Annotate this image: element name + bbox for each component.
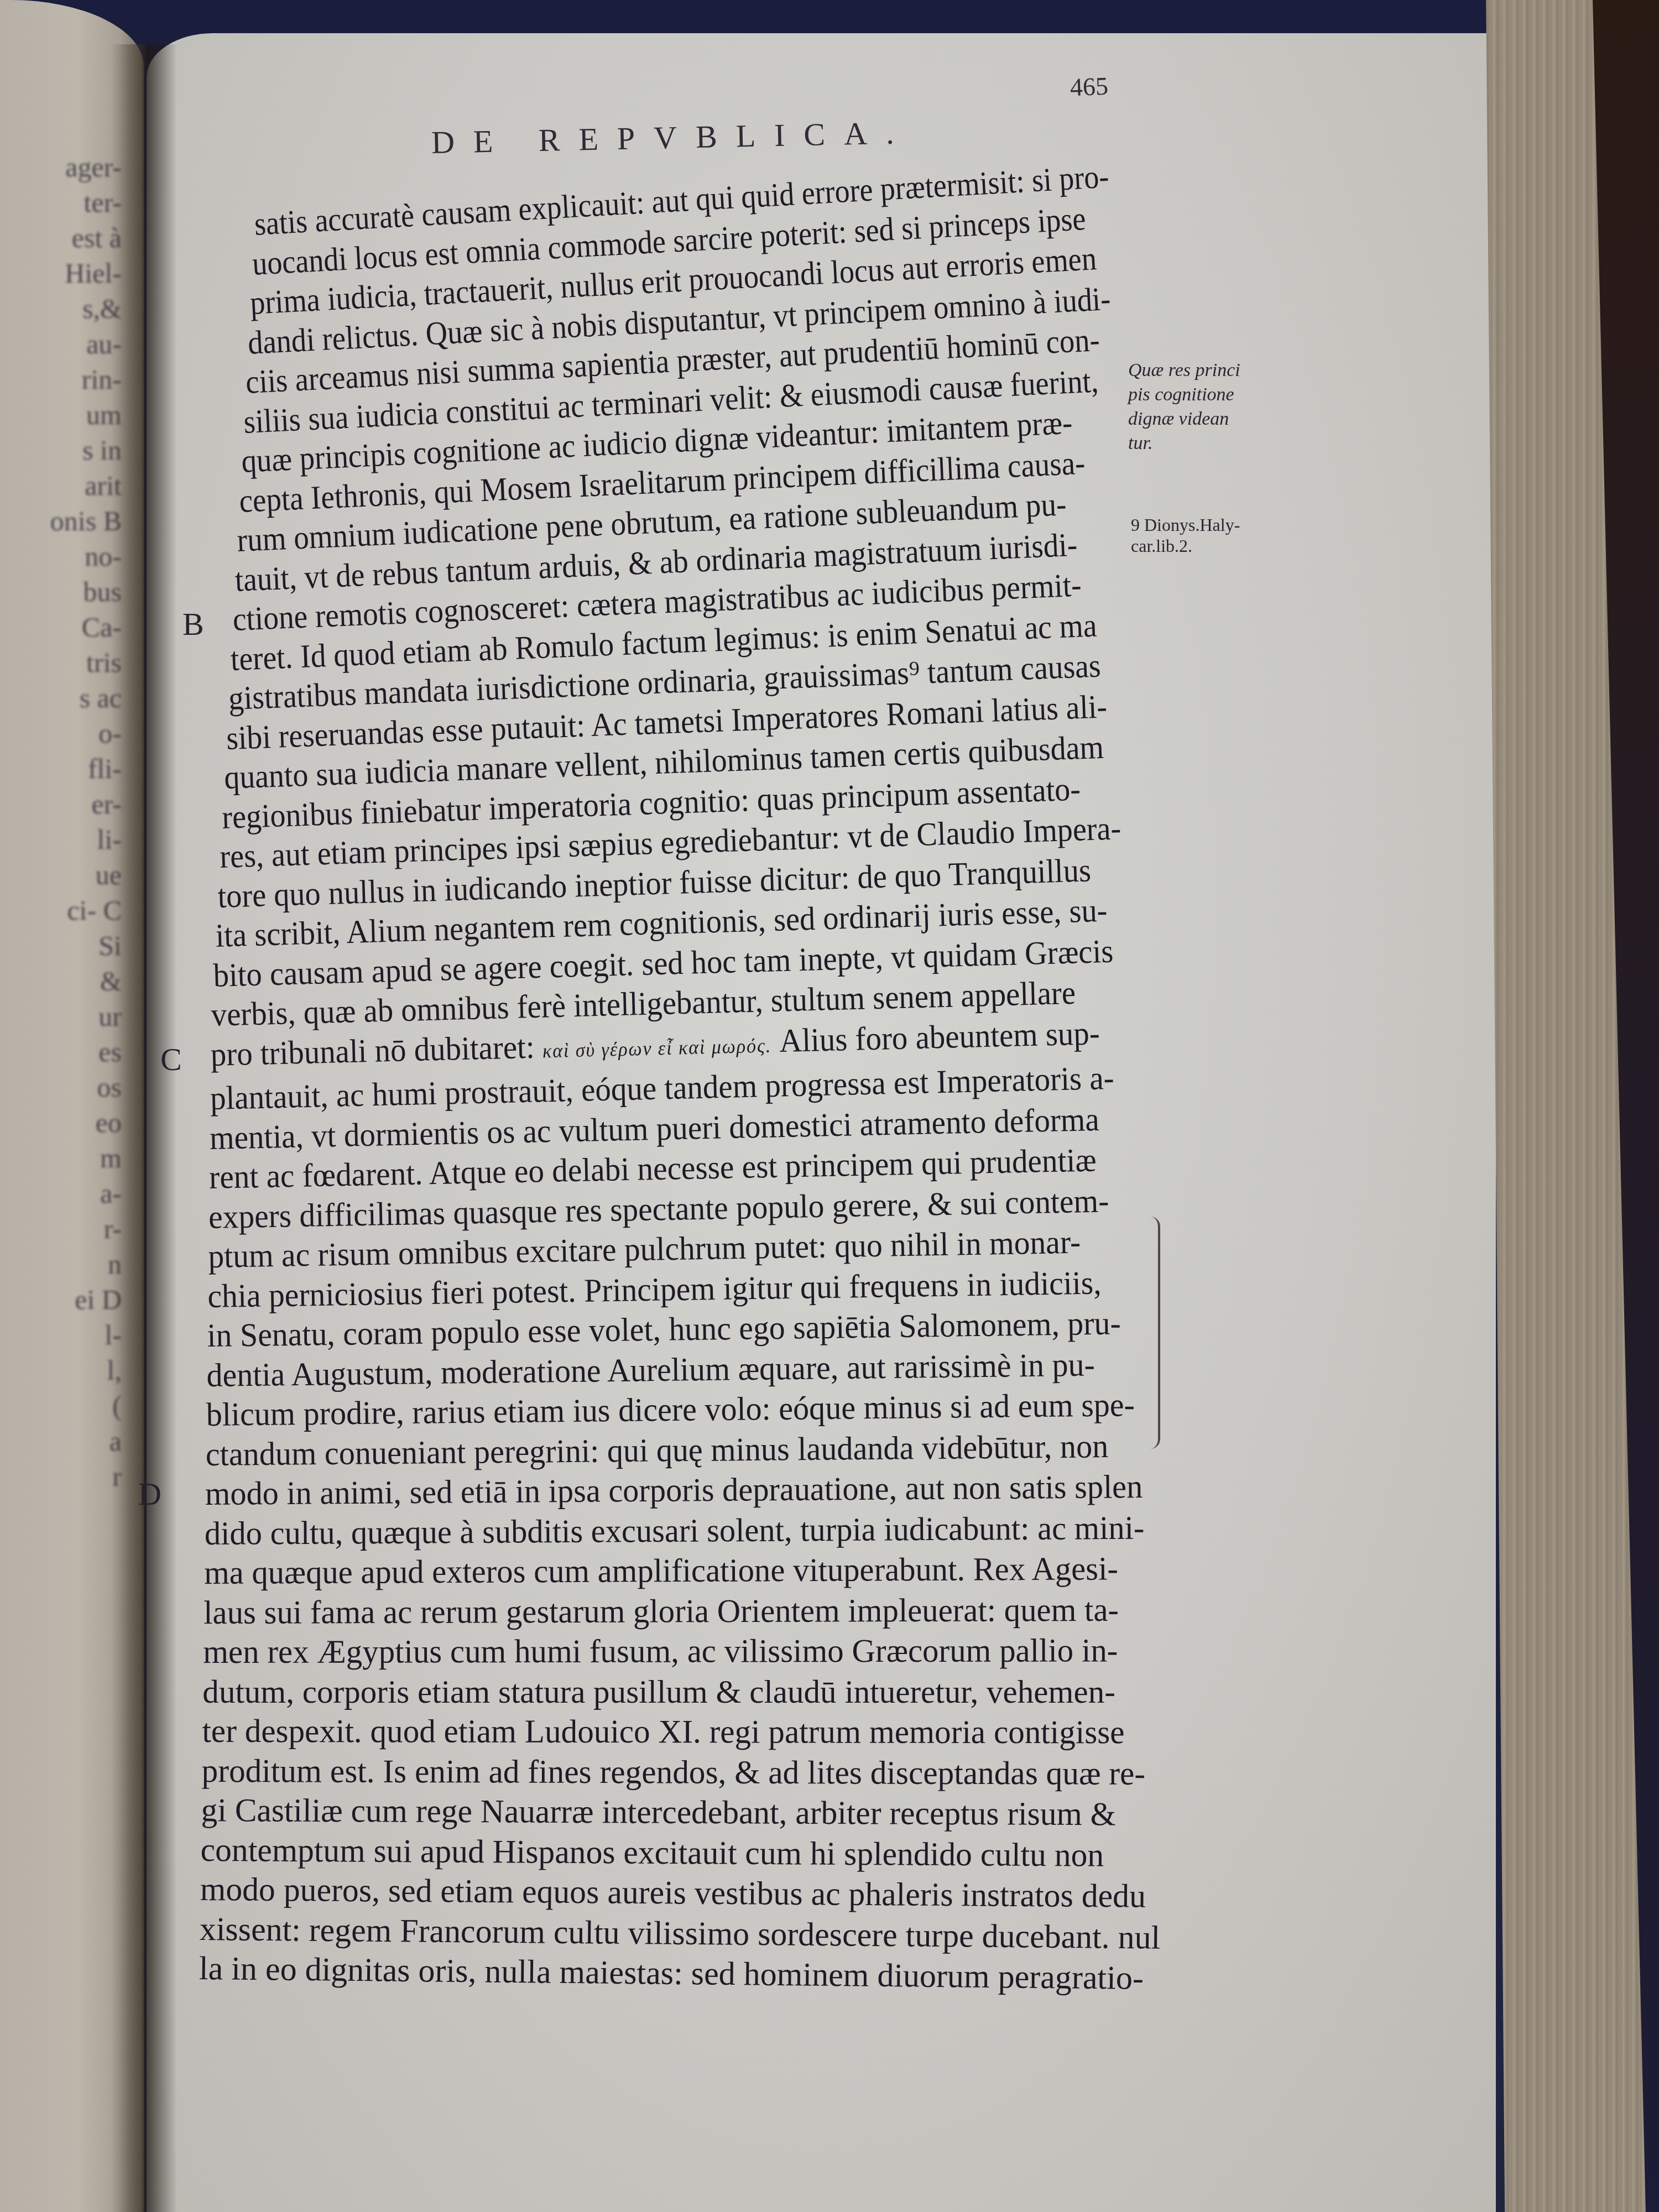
left-page-fragment: onis B bbox=[0, 503, 122, 539]
text-line: proditum est. Is enim ad fines regendos,… bbox=[201, 1751, 1131, 1793]
left-page-fragment: ur bbox=[0, 999, 122, 1034]
text-line: modo in animi, sed etiā in ipsa corporis… bbox=[205, 1467, 1120, 1514]
text-line: ter despexit. quod etiam Ludouico XI. re… bbox=[202, 1712, 1129, 1752]
text-line: modo pueros, sed etiam equos aureis vest… bbox=[200, 1870, 1136, 1916]
section-marker-c: C bbox=[160, 1041, 182, 1078]
left-page-fragment: es bbox=[0, 1034, 122, 1070]
book-gutter bbox=[111, 44, 177, 2212]
left-page-fragment: est à bbox=[0, 220, 122, 255]
left-page-fragment: eo bbox=[0, 1105, 122, 1140]
text-line: dutum, corporis etiam statura pusillum &… bbox=[202, 1672, 1128, 1712]
marginal-reference-line: car.lib.2. bbox=[1131, 535, 1240, 556]
left-page-fragment: arit bbox=[0, 468, 122, 503]
left-page-fragment: fli- bbox=[0, 751, 122, 786]
text-line: ma quæque apud exteros cum amplification… bbox=[204, 1549, 1123, 1593]
left-page-fragment: m bbox=[0, 1140, 122, 1176]
marginal-note-line: Quæ res princi bbox=[1128, 358, 1240, 383]
left-page-fragment: Hiel- bbox=[0, 255, 122, 291]
left-page-fragment: s in bbox=[0, 432, 122, 468]
left-page-fragment: l- bbox=[0, 1317, 122, 1353]
left-page-fragment: r bbox=[0, 1459, 122, 1494]
left-page-fragment: ue bbox=[0, 857, 122, 893]
left-page-fragment: bus bbox=[0, 574, 122, 609]
left-page-fragment: Ca- bbox=[0, 609, 122, 645]
left-page-fragment: au- bbox=[0, 326, 122, 362]
section-marker-b: B bbox=[182, 606, 204, 643]
left-page-fragment: a bbox=[0, 1423, 122, 1459]
marginal-note-line: pis cognitione bbox=[1128, 383, 1240, 407]
marginal-reference-line: 9 Dionys.Haly- bbox=[1131, 514, 1240, 535]
left-page-fragment: o- bbox=[0, 716, 122, 751]
left-page-fragment: ( bbox=[0, 1388, 122, 1423]
left-page-fragment: n bbox=[0, 1246, 122, 1282]
left-page-fragment: ter- bbox=[0, 185, 122, 220]
page-number: 465 bbox=[1070, 71, 1109, 102]
text-line: dido cultu, quæque à subditis excusari s… bbox=[205, 1508, 1121, 1553]
text-line: laus sui fama ac rerum gestarum gloria O… bbox=[204, 1590, 1124, 1632]
text-line: men rex Ægyptius cum humi fusum, ac vili… bbox=[203, 1631, 1126, 1672]
left-page-fragment: os bbox=[0, 1070, 122, 1105]
left-page-fragment: r- bbox=[0, 1211, 122, 1246]
left-page-fragment: Si bbox=[0, 928, 122, 963]
left-page-fragment: a- bbox=[0, 1176, 122, 1211]
left-page-fragment: li- bbox=[0, 822, 122, 857]
left-page-fragment: s ac bbox=[0, 680, 122, 716]
text-line: gi Castiliæ cum rege Nauarræ intercedeba… bbox=[201, 1791, 1133, 1834]
marginal-note: Quæ res principis cognitionedignæ videan… bbox=[1128, 358, 1240, 456]
section-marker-d: D bbox=[138, 1475, 161, 1512]
left-page-text-fragments: ager-ter-est àHiel-s,&au-rin-ums inarito… bbox=[0, 149, 122, 1494]
left-page-fragment: ci- C bbox=[0, 893, 122, 928]
left-page-fragment: no- bbox=[0, 539, 122, 574]
book-photo: ager-ter-est àHiel-s,&au-rin-ums inarito… bbox=[0, 0, 1659, 2212]
marginal-reference: 9 Dionys.Haly-car.lib.2. bbox=[1131, 514, 1240, 556]
left-page-fragment: er- bbox=[0, 786, 122, 822]
text-line: contemptum sui apud Hispanos excitauit c… bbox=[201, 1830, 1135, 1876]
left-page-fragment: ager- bbox=[0, 149, 122, 185]
body-text: satis accuratè causam explicauit: aut qu… bbox=[221, 205, 1161, 1989]
left-page-fragment: ei D bbox=[0, 1282, 122, 1317]
left-page-fragment: rin- bbox=[0, 362, 122, 397]
left-page-fragment: s,& bbox=[0, 291, 122, 326]
left-page-fragment: & bbox=[0, 963, 122, 999]
marginal-note-line: tur. bbox=[1128, 431, 1240, 456]
manuscript-bracket-mark bbox=[1145, 1217, 1160, 1449]
text-line: ctandum conueniant peregrini: qui quę mi… bbox=[205, 1426, 1118, 1474]
left-page-fragment: tris bbox=[0, 645, 122, 680]
left-page-fragment: l, bbox=[0, 1353, 122, 1388]
marginal-note-line: dignæ videan bbox=[1128, 407, 1240, 431]
left-page-fragment: um bbox=[0, 397, 122, 432]
